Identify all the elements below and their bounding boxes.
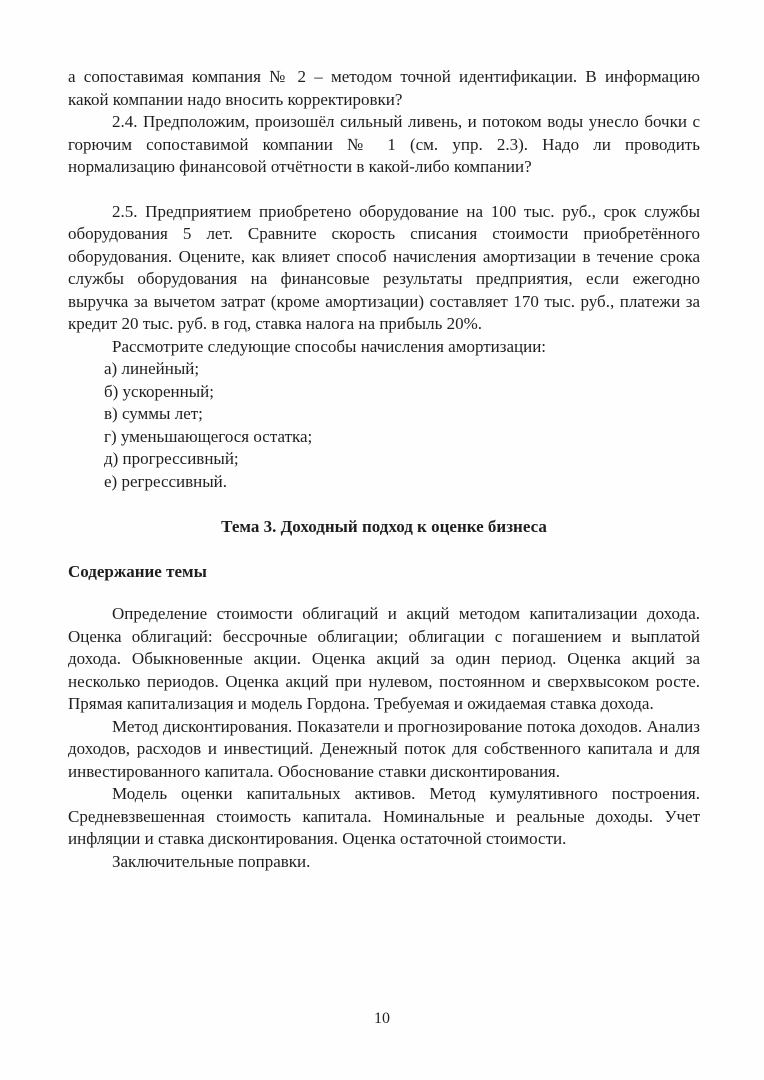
list-item-linear: а) линейный; (104, 358, 700, 381)
list-item-regressive: е) регрессивный. (104, 471, 700, 494)
paragraph-topic-2: Метод дисконтирования. Показатели и прог… (68, 716, 700, 784)
list-item-accelerated: б) ускоренный; (104, 381, 700, 404)
paragraph-exercise-2-4: 2.4. Предположим, произошёл сильный ливе… (68, 111, 700, 179)
paragraph-continuation: а сопоставимая компания № 2 – методом то… (68, 66, 700, 111)
paragraph-topic-4: Заключительные поправки. (68, 851, 700, 874)
page-number: 10 (0, 1008, 764, 1031)
paragraph-methods-intro: Рассмотрите следующие способы начисления… (68, 336, 700, 359)
document-page: а сопоставимая компания № 2 – методом то… (0, 0, 764, 1080)
paragraph-topic-1: Определение стоимости облигаций и акций … (68, 603, 700, 716)
paragraph-topic-3: Модель оценки капитальных активов. Метод… (68, 783, 700, 851)
paragraph-exercise-2-5: 2.5. Предприятием приобретено оборудован… (68, 201, 700, 336)
list-item-progressive: д) прогрессивный; (104, 448, 700, 471)
depreciation-methods-list: а) линейный; б) ускоренный; в) суммы лет… (68, 358, 700, 493)
list-item-declining-balance: г) уменьшающегося остатка; (104, 426, 700, 449)
section-heading-tema-3: Тема 3. Доходный подход к оценке бизнеса (68, 516, 700, 539)
subsection-heading-contents: Содержание темы (68, 561, 700, 584)
list-item-sum-of-years: в) суммы лет; (104, 403, 700, 426)
